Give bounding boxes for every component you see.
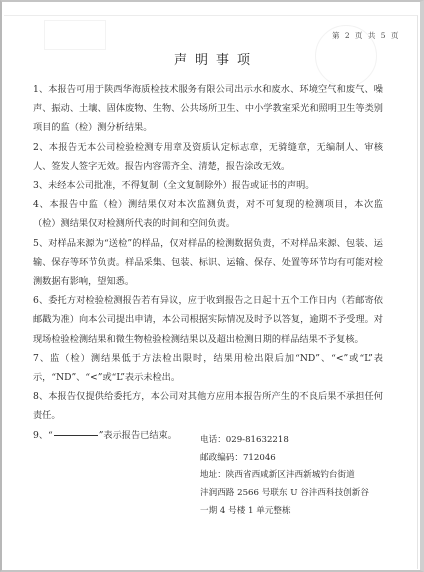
address-line-1: 地址：陕西省西咸新区沣西新城钓台街道 bbox=[200, 467, 369, 485]
contact-info: 电话：029-81632218 邮政编码：712046 地址：陕西省西咸新区沣西… bbox=[200, 432, 369, 521]
address-line-3: 一期 4 号楼 1 单元整栋 bbox=[200, 503, 369, 521]
clause-4: 4、本报告中监（检）测结果仅对本次监测负责，对不可复现的检测项目，本次监（检）测… bbox=[33, 195, 383, 233]
page-number: 第 2 页 共 5 页 bbox=[332, 30, 400, 41]
clause-5: 5、对样品来源为“送检”的样品，仅对样品的检测数据负责，不对样品来源、包装、运输… bbox=[33, 234, 383, 292]
end-of-report-line bbox=[54, 435, 98, 436]
clause-8: 8、本报告仅提供给委托方，本公司对其他方应用本报告所产生的不良后果不承担任何责任… bbox=[33, 387, 383, 425]
clause-9-prefix: 9、“ bbox=[33, 430, 53, 441]
clause-3: 3、未经本公司批准，不得复制（全文复制除外）报告或证书的声明。 bbox=[33, 176, 383, 195]
postcode: 邮政编码：712046 bbox=[200, 450, 369, 468]
clause-7: 7、监（检）测结果低于方法检出限时，结果用检出限后加“ND”、“<”或“L”表示… bbox=[33, 349, 383, 387]
faint-stamp-rectangle bbox=[44, 20, 106, 50]
clause-9-suffix: ”表示报告已结束。 bbox=[99, 430, 177, 441]
clause-2: 2、本报告无本公司检验检测专用章及资质认定标志章，无骑缝章，无编制人、审核人、签… bbox=[33, 138, 383, 176]
phone: 电话：029-81632218 bbox=[200, 432, 369, 450]
page-title: 声明事项 bbox=[0, 49, 424, 68]
clause-6: 6、委托方对检验检测报告若有异议，应于收到报告之日起十五个工作日内（若邮寄依邮戳… bbox=[33, 291, 383, 349]
clause-1: 1、本报告可用于陕西华海质检技术服务有限公司出示水和废水、环境空气和废气、噪声、… bbox=[33, 80, 383, 138]
declaration-clauses: 1、本报告可用于陕西华海质检技术服务有限公司出示水和废水、环境空气和废气、噪声、… bbox=[33, 80, 383, 445]
address-line-2: 沣润西路 2566 号联东 U 谷沣西科技创新谷 bbox=[200, 485, 369, 503]
